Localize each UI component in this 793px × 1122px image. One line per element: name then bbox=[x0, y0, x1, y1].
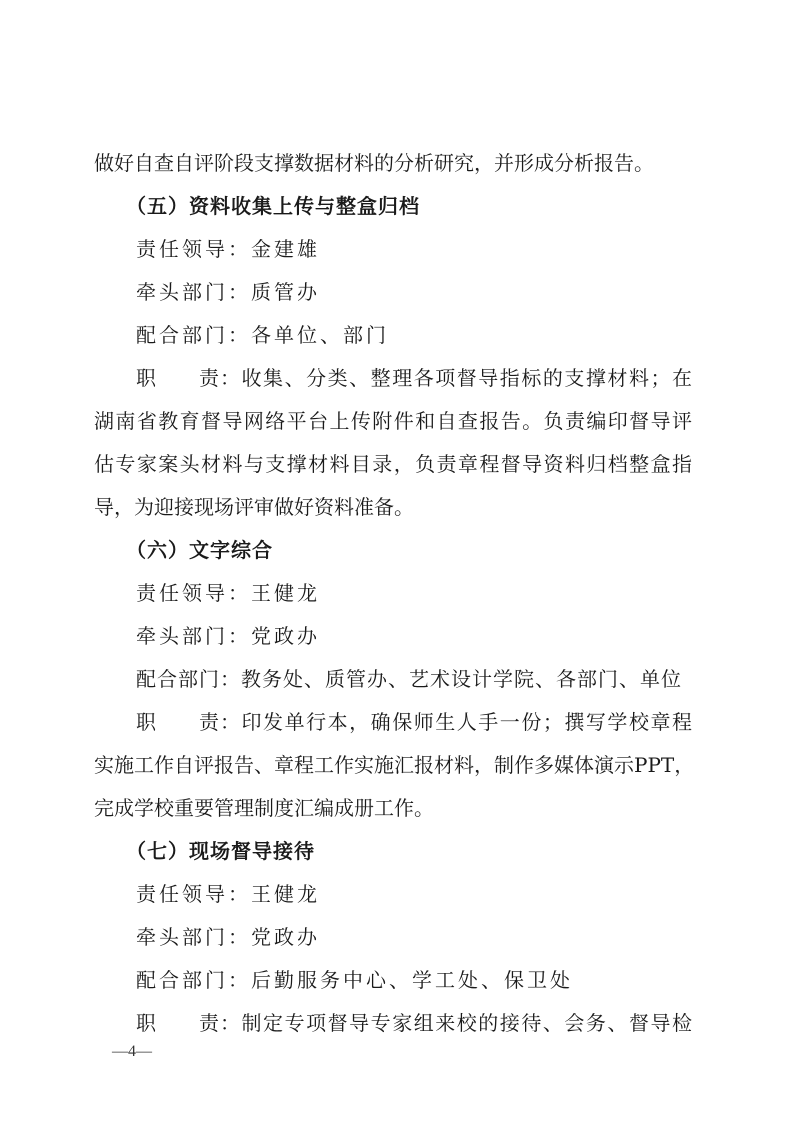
duty-label: 职 责： bbox=[136, 363, 240, 393]
responsible-leader: 责任领导：王健龙 bbox=[136, 879, 692, 909]
cooperating-department: 配合部门：教务处、质管办、艺术设计学院、各部门、单位 bbox=[136, 664, 692, 694]
paragraph-line: 完成学校重要管理制度汇编成册工作。 bbox=[94, 793, 692, 823]
lead-department: 牵头部门：党政办 bbox=[136, 922, 692, 952]
section-heading-6: （六）文字综合 bbox=[126, 535, 682, 565]
responsible-leader: 责任领导：金建雄 bbox=[136, 234, 692, 264]
duty-line: 职 责：收集、分类、整理各项督导指标的支撑材料；在 bbox=[136, 363, 692, 393]
lead-department: 牵头部门：党政办 bbox=[136, 621, 692, 651]
duty-line: 职 责：制定专项督导专家组来校的接待、会务、督导检 bbox=[136, 1008, 692, 1038]
responsible-leader: 责任领导：王健龙 bbox=[136, 578, 692, 608]
paragraph-line: 导，为迎接现场评审做好资料准备。 bbox=[94, 492, 692, 522]
duty-text: 收集、分类、整理各项督导指标的支撑材料；在 bbox=[240, 366, 692, 390]
section-heading-7: （七）现场督导接待 bbox=[126, 836, 682, 866]
cooperating-department: 配合部门：各单位、部门 bbox=[136, 320, 692, 350]
page-number: —4— bbox=[112, 1041, 152, 1063]
duty-label: 职 责： bbox=[136, 1008, 240, 1038]
paragraph-line: 做好自查自评阶段支撑数据材料的分析研究，并形成分析报告。 bbox=[94, 148, 692, 178]
duty-text: 印发单行本，确保师生人手一份；撰写学校章程 bbox=[240, 710, 692, 734]
duty-line: 职 责：印发单行本，确保师生人手一份；撰写学校章程 bbox=[136, 707, 692, 737]
paragraph-line: 实施工作自评报告、章程工作实施汇报材料，制作多媒体演示PPT， bbox=[94, 750, 692, 780]
lead-department: 牵头部门：质管办 bbox=[136, 277, 692, 307]
paragraph-line: 湖南省教育督导网络平台上传附件和自查报告。负责编印督导评 bbox=[94, 406, 692, 436]
duty-label: 职 责： bbox=[136, 707, 240, 737]
section-heading-5: （五）资料收集上传与整盒归档 bbox=[126, 191, 682, 221]
duty-text: 制定专项督导专家组来校的接待、会务、督导检 bbox=[240, 1011, 692, 1035]
paragraph-line: 估专家案头材料与支撑材料目录，负责章程督导资料归档整盒指 bbox=[94, 449, 692, 479]
cooperating-department: 配合部门：后勤服务中心、学工处、保卫处 bbox=[136, 965, 692, 995]
document-page: 做好自查自评阶段支撑数据材料的分析研究，并形成分析报告。 （五）资料收集上传与整… bbox=[0, 0, 793, 1122]
